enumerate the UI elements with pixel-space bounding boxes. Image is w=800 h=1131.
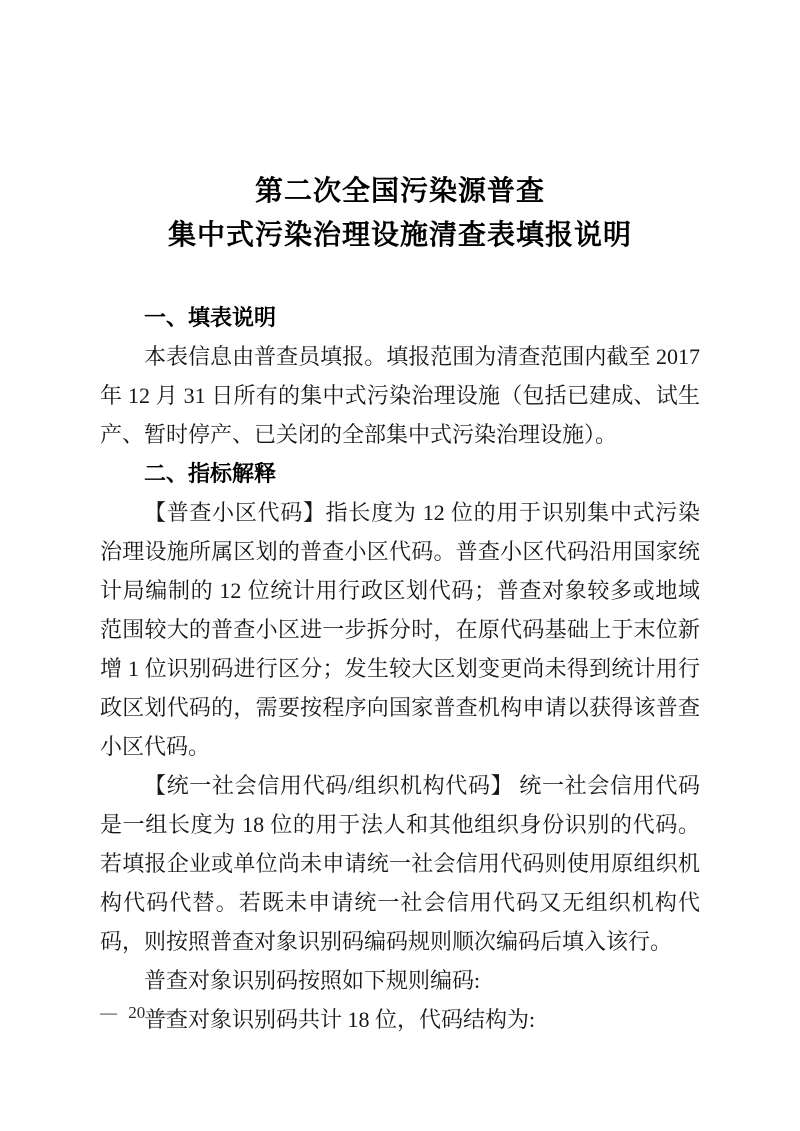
section-1-heading: 一、填表说明 (100, 298, 700, 337)
credit-code-paragraph: 【统一社会信用代码/组织机构代码】 统一社会信用代码是一组长度为 18 位的用于… (100, 766, 700, 961)
document-page: 第二次全国污染源普查 集中式污染治理设施清查表填报说明 一、填表说明 本表信息由… (0, 0, 800, 1131)
id-code-rule-line: 普查对象识别码按照如下规则编码: (100, 961, 700, 1000)
id-code-structure-line: 普查对象识别码共计 18 位，代码结构为: (100, 1000, 700, 1039)
census-area-code-paragraph: 【普查小区代码】指长度为 12 位的用于识别集中式污染治理设施所属区划的普查小区… (100, 493, 700, 766)
title-line-2: 集中式污染治理设施清查表填报说明 (0, 213, 800, 257)
section-2-heading: 二、指标解释 (100, 454, 700, 493)
filling-scope-paragraph: 本表信息由普查员填报。填报范围为清查范围内截至 2017 年 12 月 31 日… (100, 337, 700, 454)
document-body: 一、填表说明 本表信息由普查员填报。填报范围为清查范围内截至 2017 年 12… (100, 298, 700, 1039)
title-line-1: 第二次全国污染源普查 (0, 169, 800, 213)
page-number: — 20 — (100, 1001, 174, 1025)
document-title: 第二次全国污染源普查 集中式污染治理设施清查表填报说明 (0, 0, 800, 257)
